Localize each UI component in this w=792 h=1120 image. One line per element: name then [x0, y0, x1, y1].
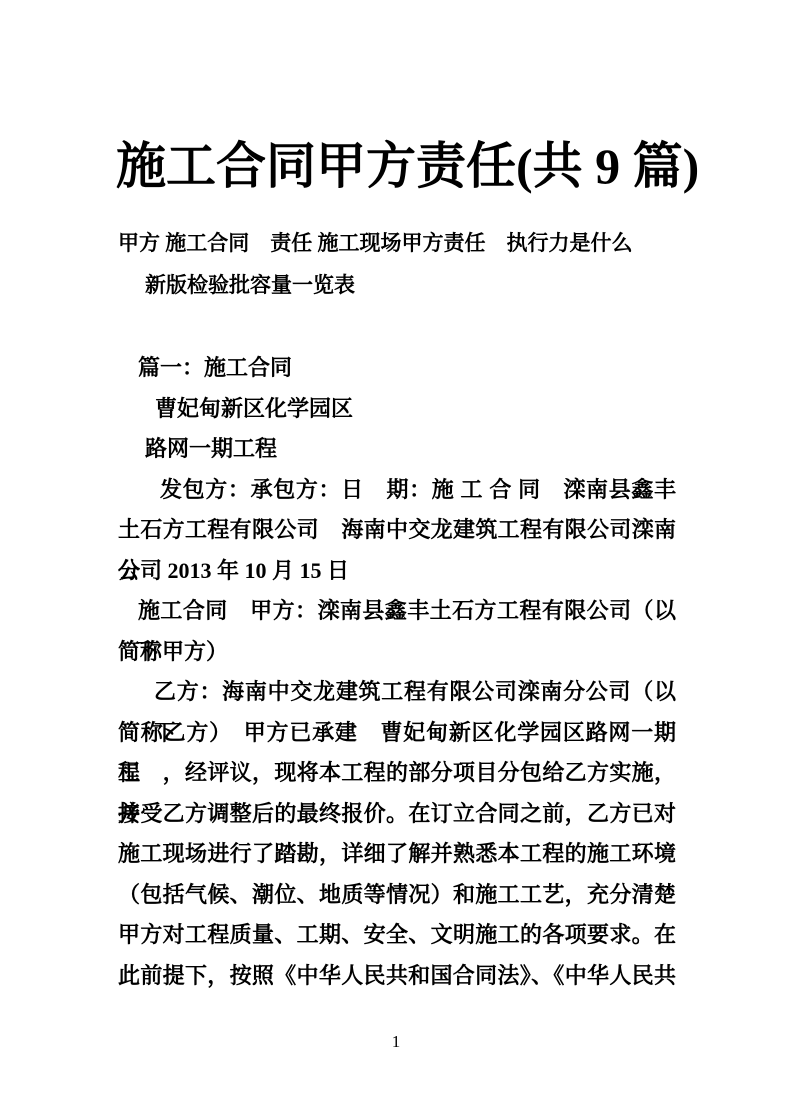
- body-line: 乙方：海南中交龙建筑工程有限公司滦南分公司（以下: [118, 672, 676, 713]
- body-line: 此前提下，按照《中华人民共和国合同法》、《中华人民共: [118, 956, 676, 997]
- body-line: 程 ，经评议，现将本工程的部分项目分包给乙方实施，并: [118, 753, 676, 794]
- body-line: 路网一期工程: [118, 429, 676, 470]
- body-line: 发包方：承包方：日 期：施 工 合 同 滦南县鑫丰: [118, 470, 676, 511]
- keywords-line-1: 甲方 施工合同 责任 施工现场甲方责任 执行力是什么: [118, 222, 676, 264]
- page-number: 1: [0, 1032, 792, 1052]
- body-line: （包括气候、潮位、地质等情况）和施工工艺，充分清楚: [118, 875, 676, 916]
- document-title: 施工合同甲方责任(共 9 篇): [116, 130, 696, 202]
- body-line: 施工现场进行了踏勘，详细了解并熟悉本工程的施工环境: [118, 834, 676, 875]
- body-line: 简称甲方）: [118, 632, 676, 673]
- section-heading: 篇一：施工合同: [118, 348, 676, 389]
- keywords-block: 甲方 施工合同 责任 施工现场甲方责任 执行力是什么 新版检验批容量一览表: [118, 222, 676, 306]
- document-body: 篇一：施工合同 曹妃甸新区化学园区 路网一期工程 发包方：承包方：日 期：施 工…: [118, 348, 676, 996]
- body-line: 简称乙方） 甲方已承建 曹妃甸新区化学园区路网一期工: [118, 713, 676, 754]
- body-line: 土石方工程有限公司 海南中交龙建筑工程有限公司滦南分: [118, 510, 676, 551]
- document-page: 施工合同甲方责任(共 9 篇) 甲方 施工合同 责任 施工现场甲方责任 执行力是…: [0, 0, 792, 1120]
- body-line: 公司 2013 年 10 月 15 日: [118, 551, 676, 592]
- body-line: 接受乙方调整后的最终报价。在订立合同之前，乙方已对: [118, 794, 676, 835]
- body-line: 施工合同 甲方：滦南县鑫丰土石方工程有限公司（以下: [118, 591, 676, 632]
- body-line: 甲方对工程质量、工期、安全、文明施工的各项要求。在: [118, 915, 676, 956]
- keywords-line-2: 新版检验批容量一览表: [118, 264, 676, 306]
- body-line: 曹妃甸新区化学园区: [118, 389, 676, 430]
